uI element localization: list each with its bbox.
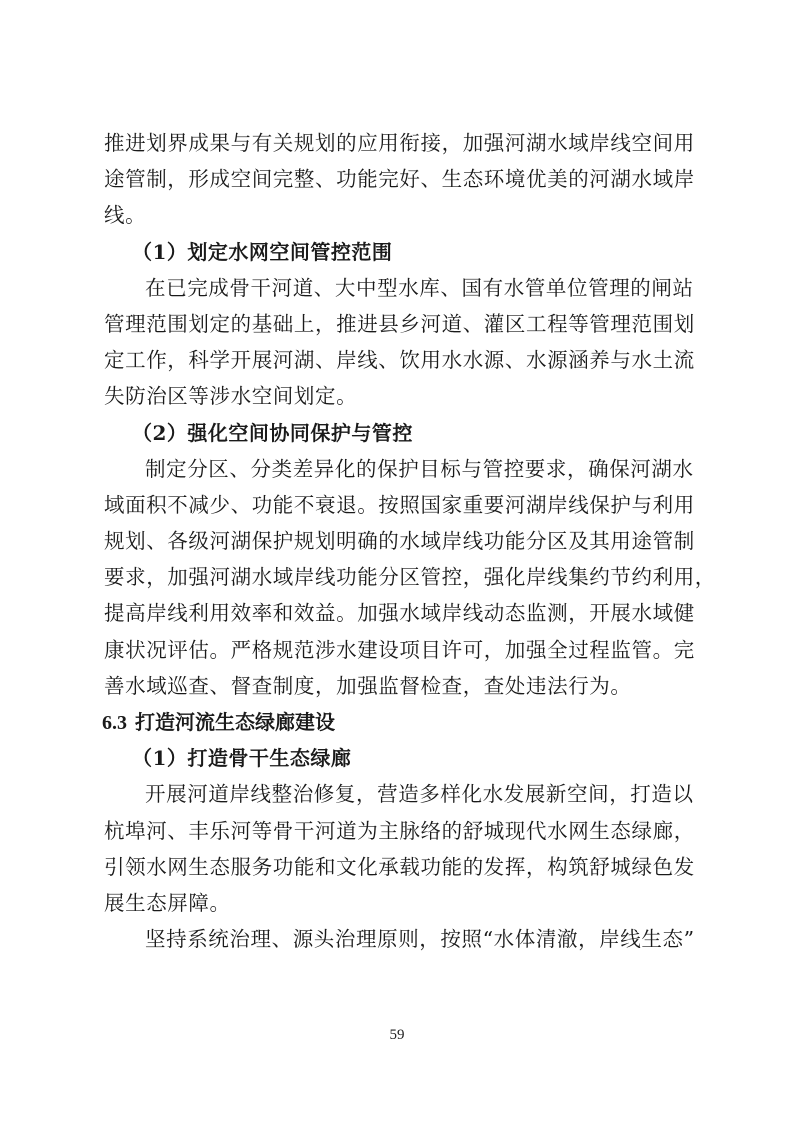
paragraph: 制定分区、分类差异化的保护目标与管控要求，确保河湖水 域面积不减少、功能不衰退。… bbox=[104, 451, 692, 704]
text-line: 展生态屏障。 bbox=[104, 885, 692, 921]
paragraph-continued: 推进划界成果与有关规划的应用衔接，加强河湖水域岸线空间用 途管制，形成空间完整、… bbox=[104, 125, 692, 234]
text-line: 在已完成骨干河道、大中型水库、国有水管单位管理的闸站 bbox=[104, 270, 692, 306]
text-line: 域面积不减少、功能不衰退。按照国家重要河湖岸线保护与利用 bbox=[104, 487, 692, 523]
document-page: 推进划界成果与有关规划的应用衔接，加强河湖水域岸线空间用 途管制，形成空间完整、… bbox=[104, 125, 692, 957]
text-line: 规划、各级河湖保护规划明确的水域岸线功能分区及其用途管制 bbox=[104, 523, 692, 559]
paragraph: 在已完成骨干河道、大中型水库、国有水管单位管理的闸站 管理范围划定的基础上，推进… bbox=[104, 270, 692, 415]
text-line: 失防治区等涉水空间划定。 bbox=[104, 378, 692, 414]
text-line: 线。 bbox=[104, 197, 692, 233]
paragraph: 开展河道岸线整治修复，营造多样化水发展新空间，打造以 杭埠河、丰乐河等骨干河道为… bbox=[104, 776, 692, 921]
text-line: 定工作，科学开展河湖、岸线、饮用水水源、水源涵养与水土流 bbox=[104, 342, 692, 378]
text-line: 坚持系统治理、源头治理原则，按照“水体清澈，岸线生态” bbox=[104, 921, 692, 957]
text-line: 途管制，形成空间完整、功能完好、生态环境优美的河湖水域岸 bbox=[104, 161, 692, 197]
page-number: 59 bbox=[0, 1027, 794, 1044]
subheading-backbone-eco-corridor: （1）打造骨干生态绿廊 bbox=[104, 740, 692, 776]
section-number: 6.3 bbox=[102, 712, 127, 734]
text-line: 推进划界成果与有关规划的应用衔接，加强河湖水域岸线空间用 bbox=[104, 125, 692, 161]
subheading-delineate-water-network-space: （1）划定水网空间管控范围 bbox=[104, 234, 692, 270]
text-line: 要求，加强河湖水域岸线功能分区管控，强化岸线集约节约利用， bbox=[104, 559, 692, 595]
text-line: 康状况评估。严格规范涉水建设项目许可，加强全过程监管。完 bbox=[104, 632, 692, 668]
text-line: 杭埠河、丰乐河等骨干河道为主脉络的舒城现代水网生态绿廊， bbox=[104, 813, 692, 849]
text-line: 提高岸线利用效率和效益。加强水域岸线动态监测，开展水域健 bbox=[104, 595, 692, 631]
section-title: 打造河流生态绿廊建设 bbox=[135, 710, 335, 734]
text-line: 善水域巡查、督查制度，加强监督检查，查处违法行为。 bbox=[104, 668, 692, 704]
text-line: 制定分区、分类差异化的保护目标与管控要求，确保河湖水 bbox=[104, 451, 692, 487]
text-line: 引领水网生态服务功能和文化承载功能的发挥，构筑舒城绿色发 bbox=[104, 849, 692, 885]
subheading-spatial-protection-control: （2）强化空间协同保护与管控 bbox=[104, 415, 692, 451]
text-line: 管理范围划定的基础上，推进县乡河道、灌区工程等管理范围划 bbox=[104, 306, 692, 342]
text-line: 开展河道岸线整治修复，营造多样化水发展新空间，打造以 bbox=[104, 776, 692, 812]
paragraph-open: 坚持系统治理、源头治理原则，按照“水体清澈，岸线生态” bbox=[104, 921, 692, 957]
section-heading-6-3: 6.3打造河流生态绿廊建设 bbox=[102, 704, 692, 740]
